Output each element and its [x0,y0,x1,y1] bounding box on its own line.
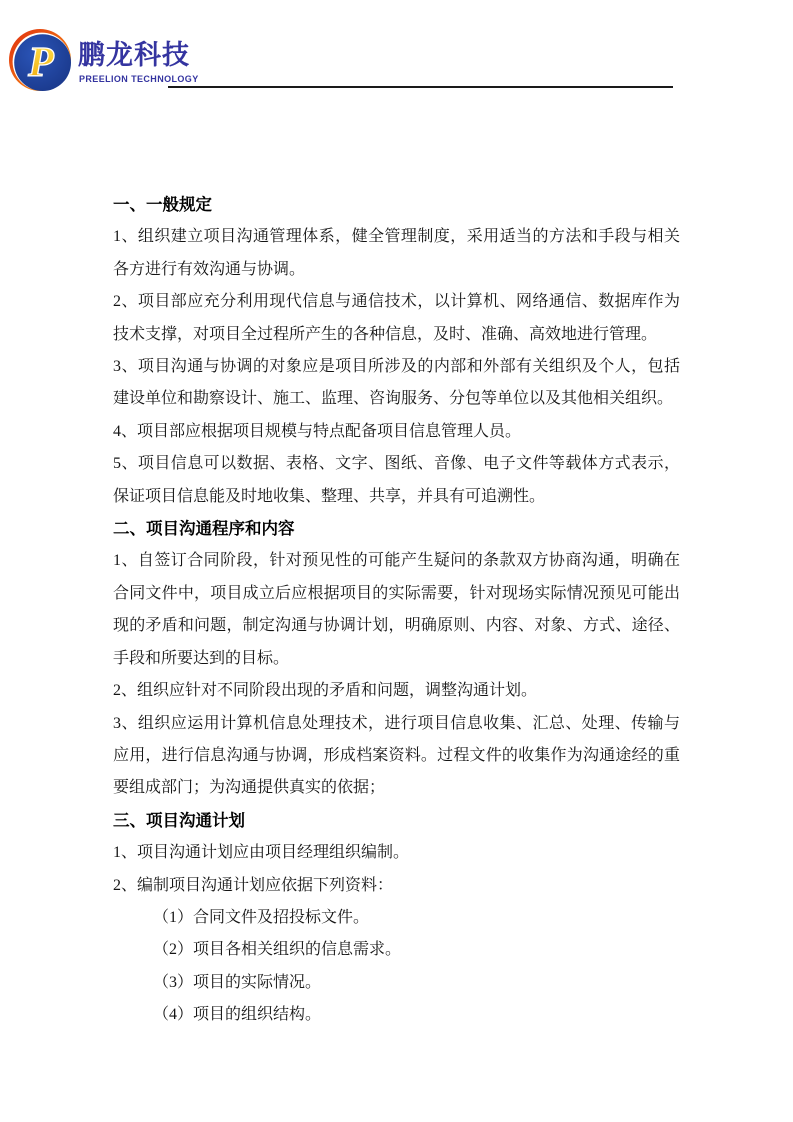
list-item: （3）项目的实际情况。 [113,967,680,999]
section-heading-3: 三、项目沟通计划 [113,805,680,837]
company-logo-icon: P [7,27,73,93]
list-item: （2）项目各相关组织的信息需求。 [113,934,680,966]
paragraph: 1、组织建立项目沟通管理体系，健全管理制度，采用适当的方法和手段与相关各方进行有… [113,221,680,286]
document-content: 一、一般规定 1、组织建立项目沟通管理体系，健全管理制度，采用适当的方法和手段与… [113,189,680,1032]
paragraph: 1、项目沟通计划应由项目经理组织编制。 [113,837,680,869]
logo-monogram: P [27,40,54,86]
list-item: （1）合同文件及招投标文件。 [113,902,680,934]
document-page: P 鹏龙科技 PREELION TECHNOLOGY 一、一般规定 1、组织建立… [0,0,793,1122]
paragraph: 4、项目部应根据项目规模与特点配备项目信息管理人员。 [113,416,680,448]
paragraph: 3、项目沟通与协调的对象应是项目所涉及的内部和外部有关组织及个人，包括建设单位和… [113,351,680,416]
company-name-en: PREELION TECHNOLOGY [79,74,199,84]
paragraph: 2、组织应针对不同阶段出现的矛盾和问题，调整沟通计划。 [113,675,680,707]
paragraph: 3、组织应运用计算机信息处理技术，进行项目信息收集、汇总、处理、传输与应用，进行… [113,708,680,805]
header-rule [168,86,673,88]
company-name-cn: 鹏龙科技 [78,38,198,72]
paragraph: 2、编制项目沟通计划应依据下列资料： [113,870,680,902]
paragraph: 2、项目部应充分利用现代信息与通信技术，以计算机、网络通信、数据库作为技术支撑，… [113,286,680,351]
list-item: （4）项目的组织结构。 [113,999,680,1031]
paragraph: 1、自签订合同阶段，针对预见性的可能产生疑问的条款双方协商沟通，明确在合同文件中… [113,545,680,675]
paragraph: 5、项目信息可以数据、表格、文字、图纸、音像、电子文件等载体方式表示，保证项目信… [113,448,680,513]
section-heading-1: 一、一般规定 [113,189,680,221]
section-heading-2: 二、项目沟通程序和内容 [113,513,680,545]
